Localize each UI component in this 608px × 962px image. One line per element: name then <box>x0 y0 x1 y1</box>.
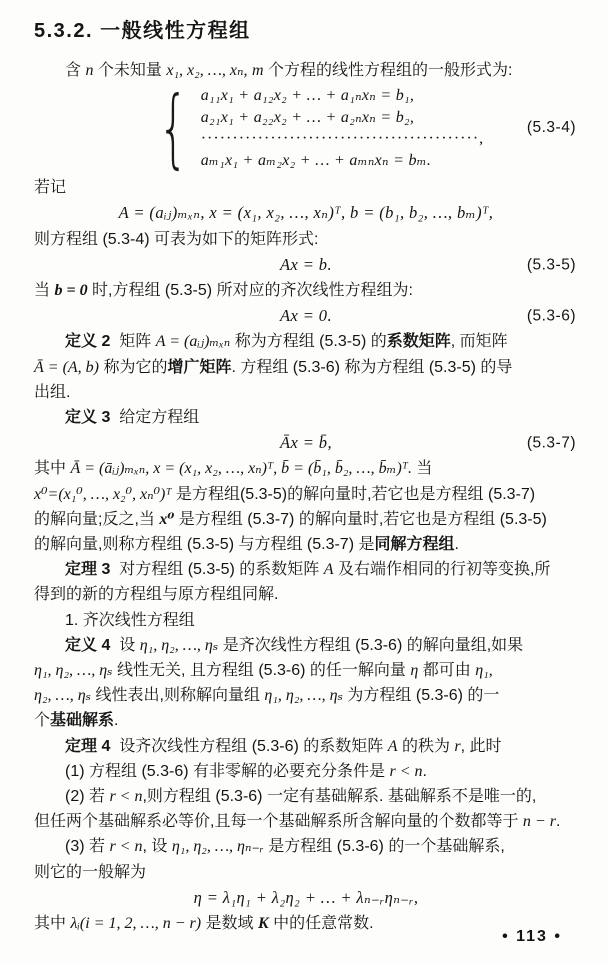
math-inline: η₁, η₂, …, ηₙ₋ᵣ <box>172 838 264 855</box>
text-segment: 个 <box>34 712 50 729</box>
text-segment: . <box>556 813 560 830</box>
math-inline: K <box>258 915 269 932</box>
text-segment: 是数域 <box>201 915 258 932</box>
text-segment: , 设 <box>142 838 171 855</box>
text-line: 定义 3 给定方程组 <box>34 405 578 430</box>
text-line: 定理 3 对方程组 (5.3-5) 的系数矩阵 A 及右端作相同的行初等变换,所 <box>34 557 578 582</box>
text-line: 含 n 个未知量 x₁, x₂, …, xₙ, m 个方程的线性方程组的一般形式… <box>34 58 578 83</box>
text-segment: 的解向量,则称方程组 (5.3-5) 与方程组 (5.3-7) 是 <box>34 536 374 553</box>
text-segment: 的秩为 <box>398 738 455 755</box>
text-segment: 是方程组 (5.3-6) 的一个基础解系, <box>264 838 505 855</box>
math-inline: η₁, <box>475 662 493 679</box>
text-segment: 中的任意常数. <box>269 915 374 932</box>
text-segment: . <box>423 763 427 780</box>
text-segment: 基础解系 <box>50 712 114 729</box>
equation-number: (5.3-6) <box>527 304 576 329</box>
math-inline: n − r <box>523 813 556 830</box>
text-segment: ,则方程组 (5.3-6) 一定有基础解系. 基础解系不是唯一的, <box>142 788 536 805</box>
text-segment: , 此时 <box>461 738 502 755</box>
text-segment: 若记 <box>34 179 66 196</box>
text-segment: 给定方程组 <box>110 409 199 426</box>
text-segment: 个方程的线性方程组的一般形式为: <box>264 62 513 79</box>
math-inline: η₁, η₂, …, ηₛ <box>34 662 113 679</box>
text-segment: 都可由 <box>418 662 475 679</box>
math-inline: A <box>324 561 334 578</box>
text-segment: . <box>455 536 459 553</box>
text-segment: 的解向量;反之,当 <box>34 511 159 528</box>
text-segment: 同解方程组 <box>374 536 454 553</box>
math-inline: A = (aᵢⱼ)ₘₓₙ <box>156 333 231 350</box>
math-inline: r < n <box>389 763 422 780</box>
text-segment: 为方程组 (5.3-6) 的一 <box>343 687 499 704</box>
text-segment: 是方程组(5.3-5)的解向量时,若它也是方程组 (5.3-7) <box>172 486 536 503</box>
text-line: 出组. <box>34 380 578 405</box>
math-inline: Ā = (āᵢⱼ)ₘₓₙ, x = (x₁, x₂, …, xₙ)ᵀ, b̄ =… <box>70 460 412 477</box>
text-segment: 线性表出,则称解向量组 <box>91 687 264 704</box>
system-row: a₁₁x₁ + a₁₂x₂ + … + a₁ₙxₙ = b₁, <box>201 85 484 107</box>
text-segment: 则方程组 (5.3-4) 可表为如下的矩阵形式: <box>34 231 318 248</box>
system-rows: a₁₁x₁ + a₁₂x₂ + … + a₁ₙxₙ = b₁,a₂₁x₁ + a… <box>201 85 484 171</box>
math-inline: η₁, η₂, …, ηₛ <box>264 687 343 704</box>
text-segment: 定义 4 <box>65 637 110 654</box>
equation-formula: Āx = b̄, <box>280 433 332 452</box>
text-line: (3) 若 r < n, 设 η₁, η₂, …, ηₙ₋ᵣ 是方程组 (5.3… <box>34 834 578 859</box>
text-segment: 含 <box>65 62 85 79</box>
section-heading: 5.3.2. 一般线性方程组 <box>34 14 578 43</box>
equation-formula: A = (aᵢⱼ)ₘₓₙ, x = (x₁, x₂, …, xₙ)ᵀ, b = … <box>119 203 494 222</box>
math-inline: η₂, …, ηₛ <box>34 687 91 704</box>
text-segment: (1) 方程组 (5.3-6) 有非零解的必要充分条件是 <box>65 763 389 780</box>
text-line: η₂, …, ηₛ 线性表出,则称解向量组 η₁, η₂, …, ηₛ 为方程组… <box>34 683 578 708</box>
equation-formula: η = λ₁η₁ + λ₂η₂ + … + λₙ₋ᵣηₙ₋ᵣ, <box>194 888 419 907</box>
equation: Ax = 0.(5.3-6) <box>34 303 578 329</box>
text-line: 1. 齐次线性方程组 <box>34 608 578 633</box>
text-segment: 对方程组 (5.3-5) 的系数矩阵 <box>110 561 323 578</box>
text-segment: 是齐次线性方程组 (5.3-6) 的解向量组,如果 <box>218 637 523 654</box>
text-segment: 线性无关, 且方程组 (5.3-6) 的任一解向量 <box>113 662 411 679</box>
text-line: 则它的一般解为 <box>34 860 578 885</box>
math-inline: η₁, η₂, …, ηₛ <box>140 637 219 654</box>
text-line: 的解向量,则称方程组 (5.3-5) 与方程组 (5.3-7) 是同解方程组. <box>34 532 578 557</box>
text-segment: 称为方程组 (5.3-5) 的 <box>230 333 386 350</box>
text-segment: 当 <box>34 282 54 299</box>
text-segment: . <box>114 712 118 729</box>
text-segment: 其中 <box>34 460 70 477</box>
equation-number: (5.3-5) <box>527 252 576 277</box>
text-segment: 系数矩阵 <box>387 333 451 350</box>
math-inline: b = 0 <box>54 282 87 299</box>
text-line: 定义 2 矩阵 A = (aᵢⱼ)ₘₓₙ 称为方程组 (5.3-5) 的系数矩阵… <box>34 329 578 354</box>
text-segment: 及右端作相同的行初等变换,所 <box>334 561 551 578</box>
text-line: 若记 <box>34 175 578 200</box>
text-segment: 称为它的 <box>99 359 167 376</box>
text-segment: (3) 若 <box>65 838 109 855</box>
text-segment: 定理 4 <box>65 738 110 755</box>
system-row: aₘ₁x₁ + aₘ₂x₂ + … + aₘₙxₙ = bₘ. <box>201 150 484 172</box>
math-inline: r < n <box>109 838 142 855</box>
text-line: 当 b = 0 时,方程组 (5.3-5) 所对应的齐次线性方程组为: <box>34 278 578 303</box>
text-segment: 定理 3 <box>65 561 110 578</box>
text-segment: 得到的新的方程组与原方程组同解. <box>34 586 278 603</box>
text-line: 但任两个基础解系必等价,且每一个基础解系所含解向量的个数都等于 n − r. <box>34 809 578 834</box>
equation-number: (5.3-4) <box>527 119 576 137</box>
left-brace-icon: { <box>158 85 188 171</box>
text-line: 的解向量;反之,当 x⁰ 是方程组 (5.3-7) 的解向量时,若它也是方程组 … <box>34 507 578 532</box>
text-line: (2) 若 r < n,则方程组 (5.3-6) 一定有基础解系. 基础解系不是… <box>34 784 578 809</box>
equation-formula: Ax = 0. <box>280 306 332 325</box>
text-segment: 出组. <box>34 384 70 401</box>
equation-number: (5.3-7) <box>527 431 576 456</box>
text-segment: 个未知量 <box>93 62 166 79</box>
page-number: • 113 • <box>502 928 562 946</box>
math-inline: x⁰=(x₁⁰, …, x₂⁰, xₙ⁰)ᵀ <box>34 486 172 503</box>
text-line: x⁰=(x₁⁰, …, x₂⁰, xₙ⁰)ᵀ 是方程组(5.3-5)的解向量时,… <box>34 482 578 507</box>
text-segment: 但任两个基础解系必等价,且每一个基础解系所含解向量的个数都等于 <box>34 813 523 830</box>
equation: Āx = b̄,(5.3-7) <box>34 430 578 456</box>
system-row: a₂₁x₁ + a₂₂x₂ + … + a₂ₙxₙ = b₂, <box>201 107 484 129</box>
text-segment: 设齐次线性方程组 (5.3-6) 的系数矩阵 <box>110 738 387 755</box>
text-segment: 时,方程组 (5.3-5) 所对应的齐次线性方程组为: <box>88 282 413 299</box>
text-segment: 设 <box>110 637 139 654</box>
math-inline: λᵢ(i = 1, 2, …, n − r) <box>70 915 201 932</box>
page-content: 含 n 个未知量 x₁, x₂, …, xₙ, m 个方程的线性方程组的一般形式… <box>34 58 578 936</box>
math-inline: A <box>388 738 398 755</box>
text-segment: , 而矩阵 <box>451 333 508 350</box>
math-inline: Ā = (A, b) <box>34 359 99 376</box>
text-segment: 是方程组 (5.3-7) 的解向量时,若它也是方程组 (5.3-5) <box>174 511 546 528</box>
text-segment: 增广矩阵 <box>167 359 231 376</box>
math-inline: r < n <box>109 788 142 805</box>
text-segment: 定义 2 <box>65 333 110 350</box>
math-inline: x⁰ <box>159 511 174 528</box>
text-line: (1) 方程组 (5.3-6) 有非零解的必要充分条件是 r < n. <box>34 759 578 784</box>
equation: Ax = b.(5.3-5) <box>34 252 578 278</box>
text-line: η₁, η₂, …, ηₛ 线性无关, 且方程组 (5.3-6) 的任一解向量 … <box>34 658 578 683</box>
text-line: 个基础解系. <box>34 708 578 733</box>
system-row: ········································… <box>201 128 484 150</box>
equation: η = λ₁η₁ + λ₂η₂ + … + λₙ₋ᵣηₙ₋ᵣ, <box>34 885 578 911</box>
equation: A = (aᵢⱼ)ₘₓₙ, x = (x₁, x₂, …, xₙ)ᵀ, b = … <box>34 200 578 226</box>
text-segment: . 方程组 (5.3-6) 称为方程组 (5.3-5) 的导 <box>231 359 512 376</box>
text-line: 其中 Ā = (āᵢⱼ)ₘₓₙ, x = (x₁, x₂, …, xₙ)ᵀ, b… <box>34 456 578 481</box>
text-segment: 其中 <box>34 915 70 932</box>
math-inline: x₁, x₂, …, xₙ, <box>166 62 247 79</box>
equation-system: {a₁₁x₁ + a₁₂x₂ + … + a₁ₙxₙ = b₁,a₂₁x₁ + … <box>34 85 578 171</box>
text-line: 定理 4 设齐次线性方程组 (5.3-6) 的系数矩阵 A 的秩为 r, 此时 <box>34 734 578 759</box>
text-segment: (2) 若 <box>65 788 109 805</box>
text-segment: 1. 齐次线性方程组 <box>65 612 195 629</box>
text-segment: 定义 3 <box>65 409 110 426</box>
text-line: Ā = (A, b) 称为它的增广矩阵. 方程组 (5.3-6) 称为方程组 (… <box>34 355 578 380</box>
text-line: 得到的新的方程组与原方程组同解. <box>34 582 578 607</box>
text-segment: 当 <box>412 460 432 477</box>
textbook-page: 5.3.2. 一般线性方程组 含 n 个未知量 x₁, x₂, …, xₙ, m… <box>0 0 608 962</box>
text-segment: 矩阵 <box>110 333 155 350</box>
text-segment: 则它的一般解为 <box>34 864 146 881</box>
text-line: 其中 λᵢ(i = 1, 2, …, n − r) 是数域 K 中的任意常数. <box>34 911 578 936</box>
math-inline: m <box>252 62 264 79</box>
text-line: 定义 4 设 η₁, η₂, …, ηₛ 是齐次线性方程组 (5.3-6) 的解… <box>34 633 578 658</box>
equation-formula: Ax = b. <box>280 255 332 274</box>
text-line: 则方程组 (5.3-4) 可表为如下的矩阵形式: <box>34 227 578 252</box>
